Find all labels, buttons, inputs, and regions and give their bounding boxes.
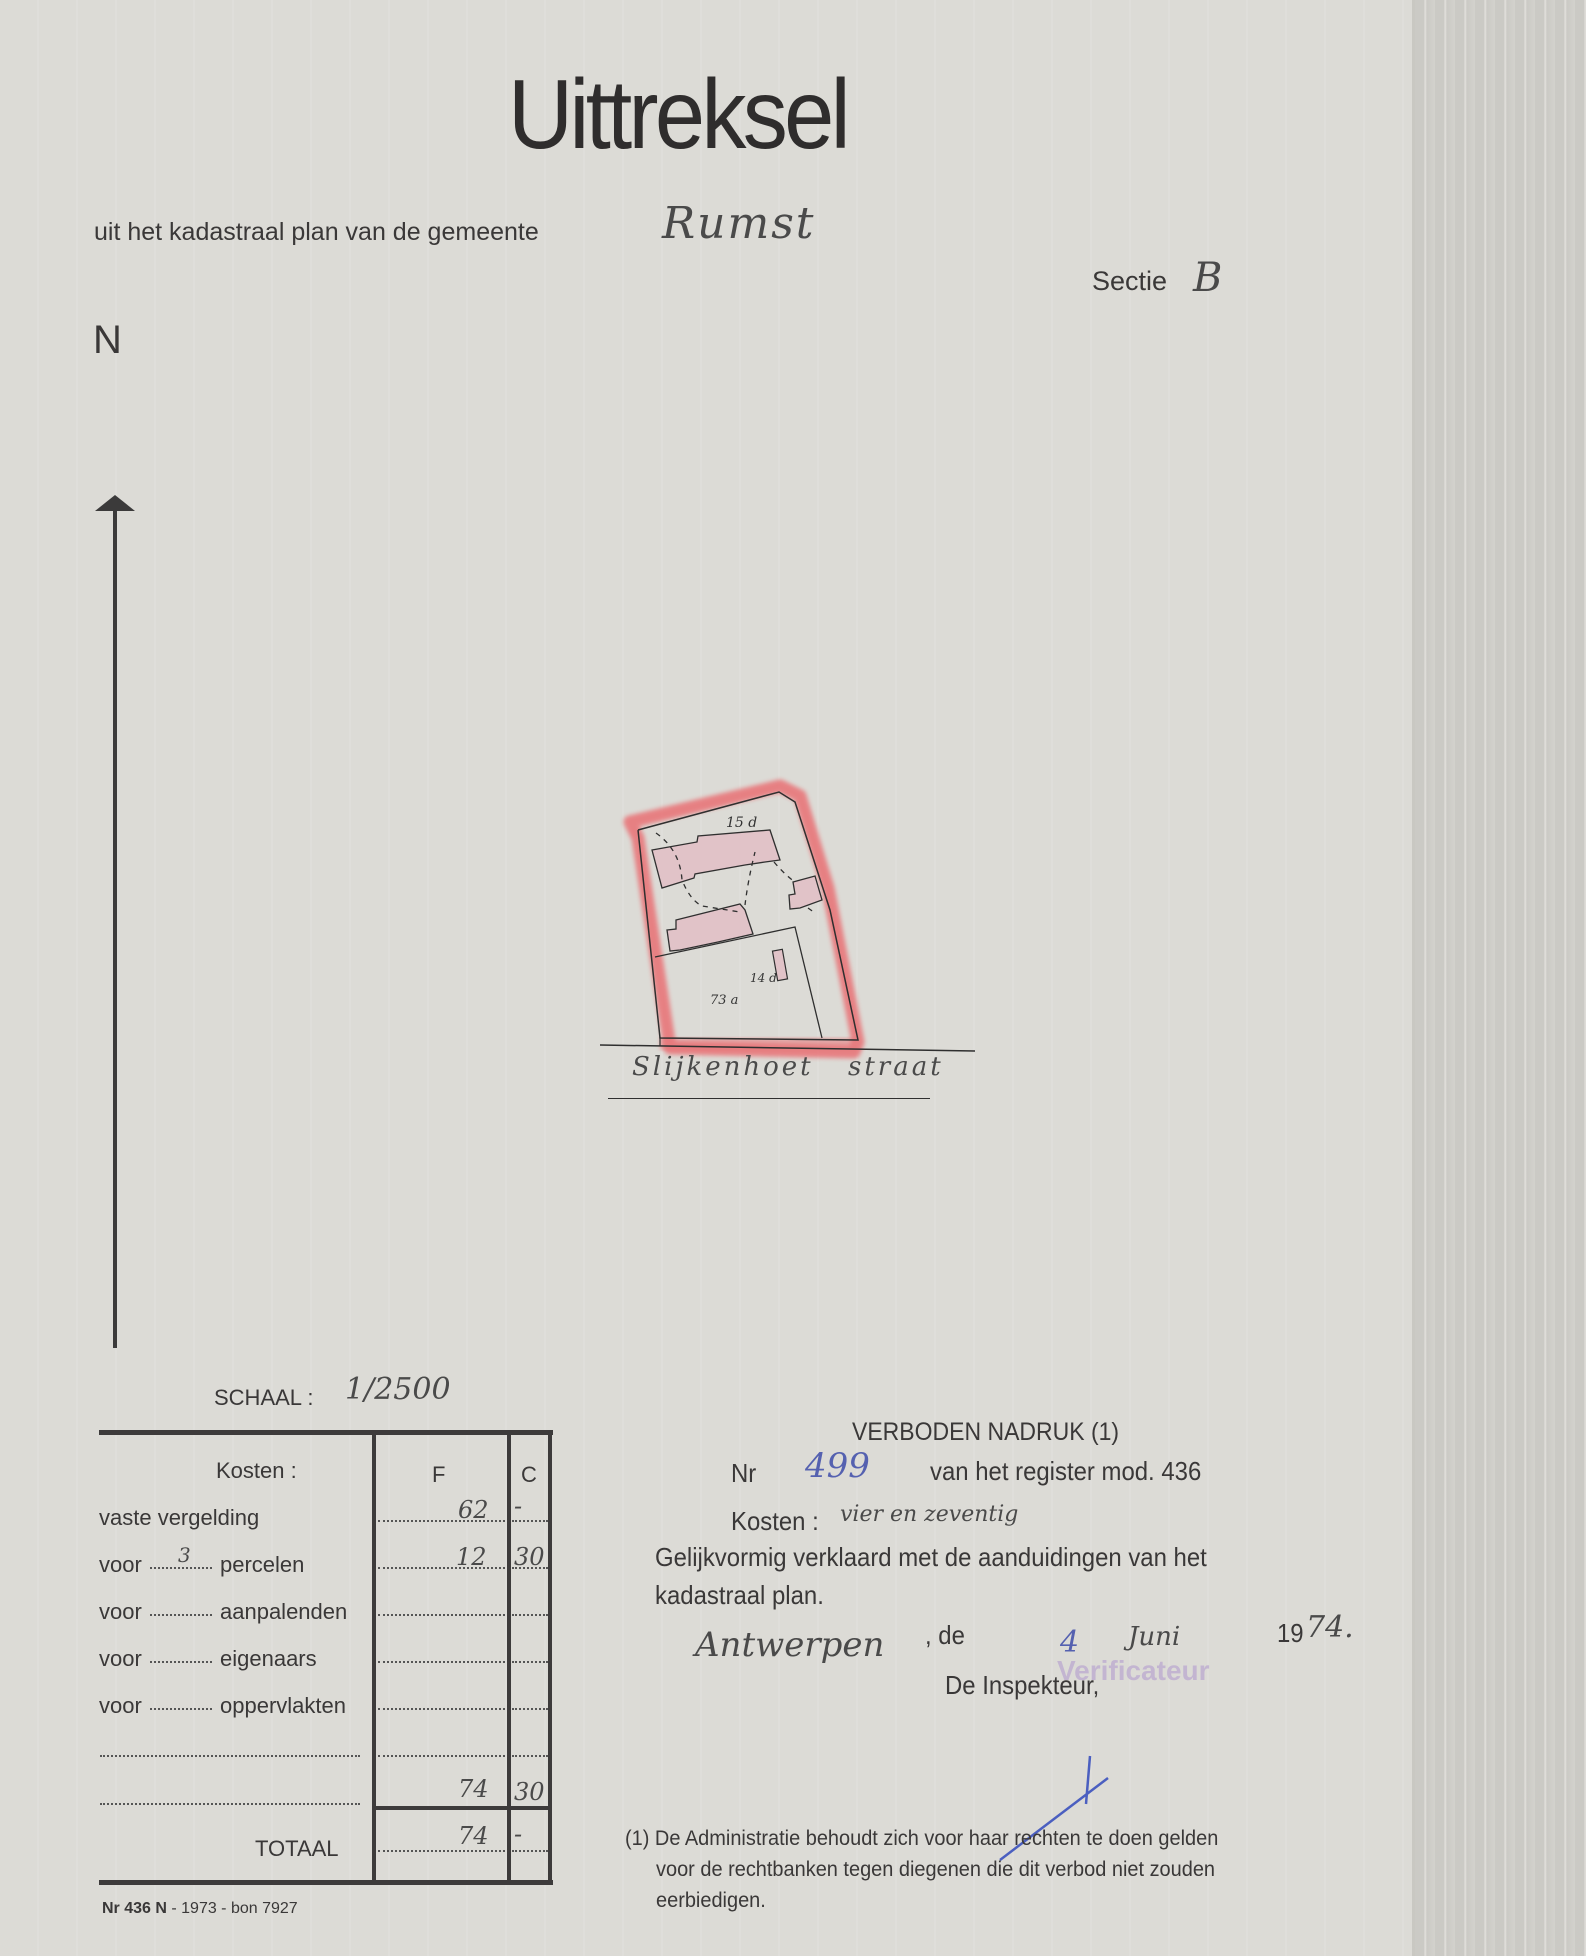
- dotted-line: [378, 1850, 505, 1852]
- row-prefix: voor: [99, 1552, 142, 1578]
- row-prefix: voor: [99, 1599, 142, 1625]
- row-prefix: voor: [99, 1646, 142, 1672]
- dotted-line: [512, 1614, 548, 1616]
- form-number-code: Nr 436 N: [102, 1900, 167, 1917]
- dotted-line: [150, 1567, 212, 1569]
- nr-value: 499: [805, 1446, 870, 1486]
- row-label: percelen: [220, 1552, 304, 1578]
- dotted-line: [100, 1803, 360, 1805]
- dotted-line: [378, 1614, 505, 1616]
- statement-line2: kadastraal plan.: [655, 1580, 824, 1611]
- dotted-line: [512, 1520, 548, 1522]
- row-label: aanpalenden: [220, 1599, 347, 1625]
- parcel-label: 73 a: [710, 993, 738, 1008]
- col-c-header: C: [521, 1462, 537, 1488]
- sectie-label: Sectie: [1092, 266, 1167, 297]
- cell-c: 30: [514, 1543, 545, 1571]
- col-c-border: [507, 1433, 511, 1883]
- form-number-rest: - 1973 - bon 7927: [167, 1900, 298, 1917]
- dotted-line: [150, 1708, 212, 1710]
- verboden-nadruk-heading: VERBODEN NADRUK (1): [852, 1418, 1119, 1447]
- total-label: TOTAAL: [255, 1836, 339, 1862]
- month-value: Juni: [1128, 1622, 1180, 1652]
- parcel-label: 15 d: [726, 815, 757, 831]
- dotted-line: [378, 1708, 505, 1710]
- street-name-part1: Slijkenhoet: [632, 1052, 814, 1082]
- col-f-border: [372, 1433, 376, 1883]
- place-value: Antwerpen: [695, 1625, 884, 1665]
- document-title: Uittreksel: [508, 58, 847, 171]
- statement-line1: Gelijkvormig verklaard met de aanduiding…: [655, 1542, 1207, 1573]
- cell-c: -: [514, 1492, 522, 1520]
- kosten-label: Kosten :: [731, 1506, 819, 1537]
- subtotal-rule: [374, 1806, 550, 1810]
- street-name-part2: straat: [848, 1052, 944, 1082]
- row-label: vaste vergelding: [99, 1505, 259, 1531]
- dotted-line: [378, 1661, 505, 1663]
- dotted-line: [512, 1850, 548, 1852]
- subtitle: uit het kadastraal plan van de gemeente: [94, 218, 539, 247]
- scale-label: SCHAAL :: [214, 1385, 313, 1411]
- costs-header: Kosten :: [216, 1458, 297, 1484]
- footnote-line2: voor de rechtbanken tegen diegenen die d…: [656, 1854, 1215, 1885]
- row-prefix: voor: [99, 1693, 142, 1719]
- date-separator: , de: [925, 1620, 965, 1651]
- table-bottom-rule: [99, 1880, 553, 1885]
- north-arrow-head-icon: [95, 495, 135, 511]
- dotted-line: [512, 1708, 548, 1710]
- form-number: Nr 436 N - 1973 - bon 7927: [102, 1900, 298, 1918]
- row-fill: 3: [178, 1543, 191, 1567]
- col-f-header: F: [432, 1462, 445, 1488]
- dotted-line: [512, 1661, 548, 1663]
- scale-value: 1/2500: [345, 1372, 451, 1407]
- parcel-label: 14 d: [750, 971, 777, 985]
- footnote-line1: (1) De Administratie behoudt zich voor h…: [625, 1823, 1218, 1854]
- table-right-border: [548, 1433, 552, 1883]
- cell-f: 62: [458, 1496, 489, 1524]
- dotted-line: [100, 1755, 360, 1757]
- north-label: N: [93, 318, 122, 363]
- nr-label: Nr: [731, 1458, 756, 1489]
- year-prefix: 19: [1277, 1618, 1304, 1649]
- dotted-line: [378, 1755, 505, 1757]
- total-c: -: [514, 1820, 522, 1848]
- total-f: 74: [458, 1822, 489, 1850]
- cell-f: 12: [456, 1543, 487, 1571]
- year-suffix: 74.: [1306, 1610, 1354, 1645]
- table-top-rule: [99, 1430, 553, 1435]
- subtotal-f: 74: [458, 1775, 489, 1803]
- subtotal-c: 30: [514, 1778, 545, 1806]
- gemeente-value: Rumst: [662, 198, 815, 249]
- north-arrow-shaft: [113, 510, 117, 1348]
- signatory: De Inspekteur,: [945, 1670, 1099, 1701]
- dotted-line: [150, 1614, 212, 1616]
- row-label: oppervlakten: [220, 1693, 346, 1719]
- kosten-value: vier en zeventig: [840, 1502, 1018, 1527]
- register-text: van het register mod. 436: [930, 1456, 1201, 1487]
- footnote-line3: eerbiedigen.: [656, 1885, 766, 1916]
- dotted-line: [512, 1755, 548, 1757]
- dotted-line: [150, 1661, 212, 1663]
- sectie-value: B: [1193, 255, 1222, 301]
- background-strip: [1415, 0, 1586, 1956]
- row-label: eigenaars: [220, 1646, 317, 1672]
- street-baseline: [608, 1098, 930, 1099]
